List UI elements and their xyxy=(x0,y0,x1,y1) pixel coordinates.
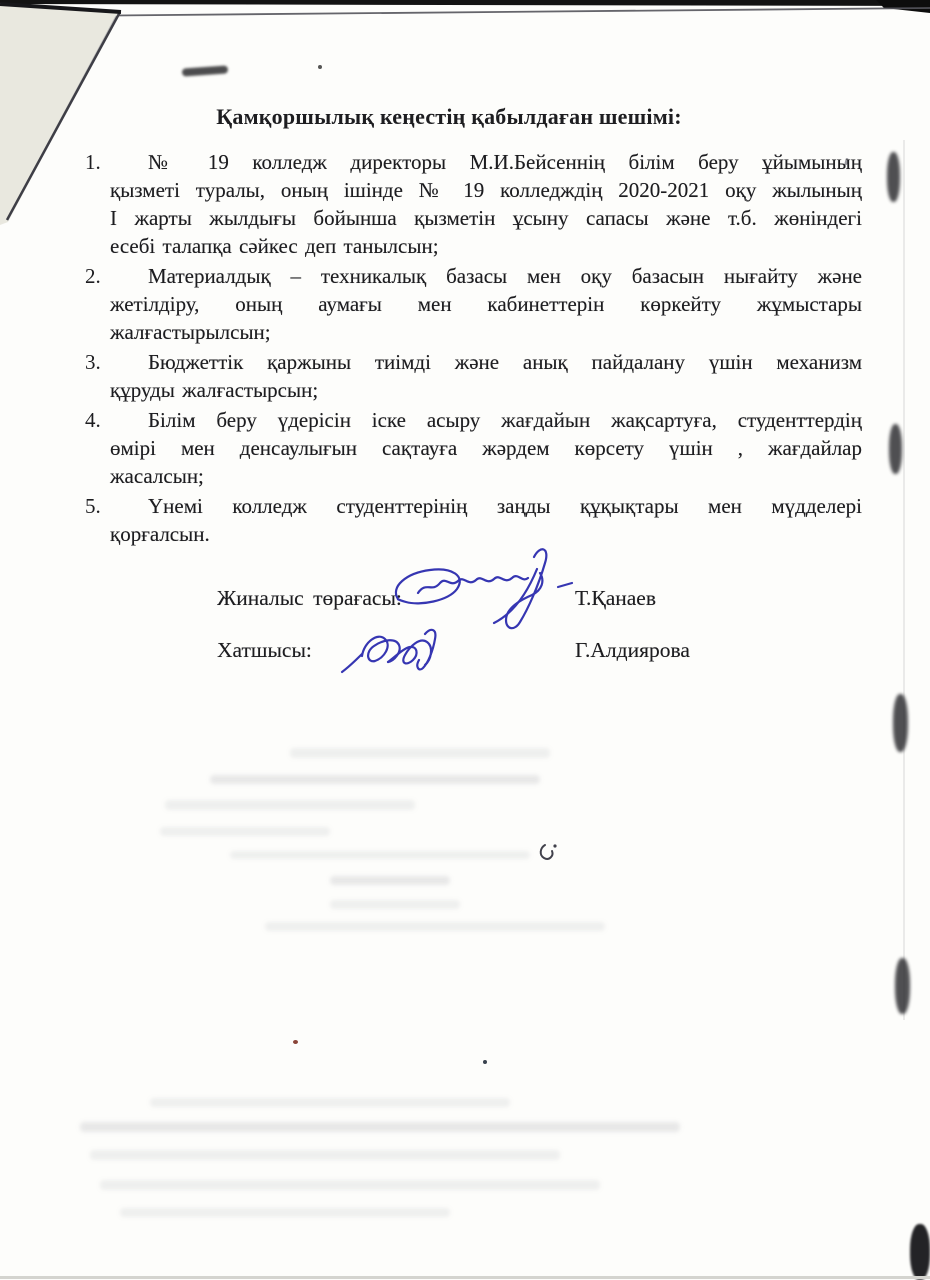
secretary-label: Хатшысы: xyxy=(217,637,312,664)
bleed-through-smudge xyxy=(165,800,415,810)
item-text-line: құруды жалғастырсын; xyxy=(110,376,862,404)
binding-smudge xyxy=(893,694,908,752)
item-text-line: Үнемі колледж студенттерінің заңды құқық… xyxy=(110,492,862,520)
bleed-through-smudge xyxy=(80,1122,680,1132)
item-text-line: Бюджеттік қаржыны тиімді және анық пайда… xyxy=(110,348,862,376)
scan-speck-red xyxy=(293,1040,298,1044)
document-title: Қамқоршылық кеңестің қабылдаған шешімі: xyxy=(73,104,825,130)
bleed-through-smudge xyxy=(230,851,530,859)
bleed-through-smudge xyxy=(210,775,540,784)
item-text-line: жасалсын; xyxy=(110,462,862,490)
bleed-through-smudge xyxy=(330,876,450,885)
scanned-document-page: Қамқоршылық кеңестің қабылдаған шешімі: … xyxy=(0,0,930,1280)
binding-smudge xyxy=(910,1224,930,1280)
bleed-through-smudge xyxy=(160,827,330,836)
item-number: 3. xyxy=(85,348,119,376)
bleed-through-smudge xyxy=(290,748,550,758)
chairman-name: Т.Қанаев xyxy=(575,585,656,612)
bleed-through-smudge xyxy=(265,922,605,931)
bleed-through-smudge xyxy=(90,1150,560,1160)
item-text-line: жалғастырылсын; xyxy=(110,318,862,346)
item-text-line: қызметі туралы, оның ішінде № 19 колледж… xyxy=(110,176,862,204)
binding-smudge xyxy=(887,152,900,202)
item-text-line: Материалдық – техникалық базасы мен оқу … xyxy=(110,262,862,290)
item-number: 2. xyxy=(85,262,119,290)
item-text-line: І жарты жылдығы бойынша қызметін ұсыну с… xyxy=(110,204,862,232)
decision-item-3: 3. Бюджеттік қаржыны тиімді және анық па… xyxy=(110,348,862,404)
item-text-line: жетілдіру, оның аумағы мен кабинеттерін … xyxy=(110,290,862,318)
binding-smudge xyxy=(889,424,902,474)
binding-smudge xyxy=(895,958,910,1014)
document-body: Қамқоршылық кеңестің қабылдаған шешімі: … xyxy=(110,0,862,550)
decision-item-5: 5. Үнемі колледж студенттерінің заңды құ… xyxy=(110,492,862,548)
secretary-signature xyxy=(338,620,463,682)
item-number: 4. xyxy=(85,406,119,434)
decision-item-4: 4. Білім беру үдерісін іске асыру жағдай… xyxy=(110,406,862,490)
bleed-through-smudge xyxy=(120,1208,450,1217)
scan-bottom-edge xyxy=(0,1276,930,1279)
chairman-label: Жиналыс төрағасы: xyxy=(217,585,402,612)
item-text-line: өмірі мен денсаулығын сақтауға жәрдем кө… xyxy=(110,434,862,462)
decision-item-1: 1. № 19 колледж директоры М.И.Бейсеннің … xyxy=(110,148,862,260)
decision-list: 1. № 19 колледж директоры М.И.Бейсеннің … xyxy=(110,148,862,548)
pen-curl-mark xyxy=(538,842,560,862)
decision-item-2: 2. Материалдық – техникалық базасы мен о… xyxy=(110,262,862,346)
secretary-name: Г.Алдиярова xyxy=(575,637,690,664)
scan-speck xyxy=(483,1060,487,1064)
scan-edge-line xyxy=(903,140,905,1020)
item-number: 1. xyxy=(85,148,119,176)
item-text-line: есебі талапқа сәйкес деп танылсын; xyxy=(110,232,862,260)
item-text-line: Білім беру үдерісін іске асыру жағдайын … xyxy=(110,406,862,434)
bleed-through-smudge xyxy=(150,1098,510,1107)
item-number: 5. xyxy=(85,492,119,520)
bleed-through-smudge xyxy=(100,1180,600,1190)
bleed-through-smudge xyxy=(330,900,460,909)
item-text-line: № 19 колледж директоры М.И.Бейсеннің біл… xyxy=(110,148,862,176)
